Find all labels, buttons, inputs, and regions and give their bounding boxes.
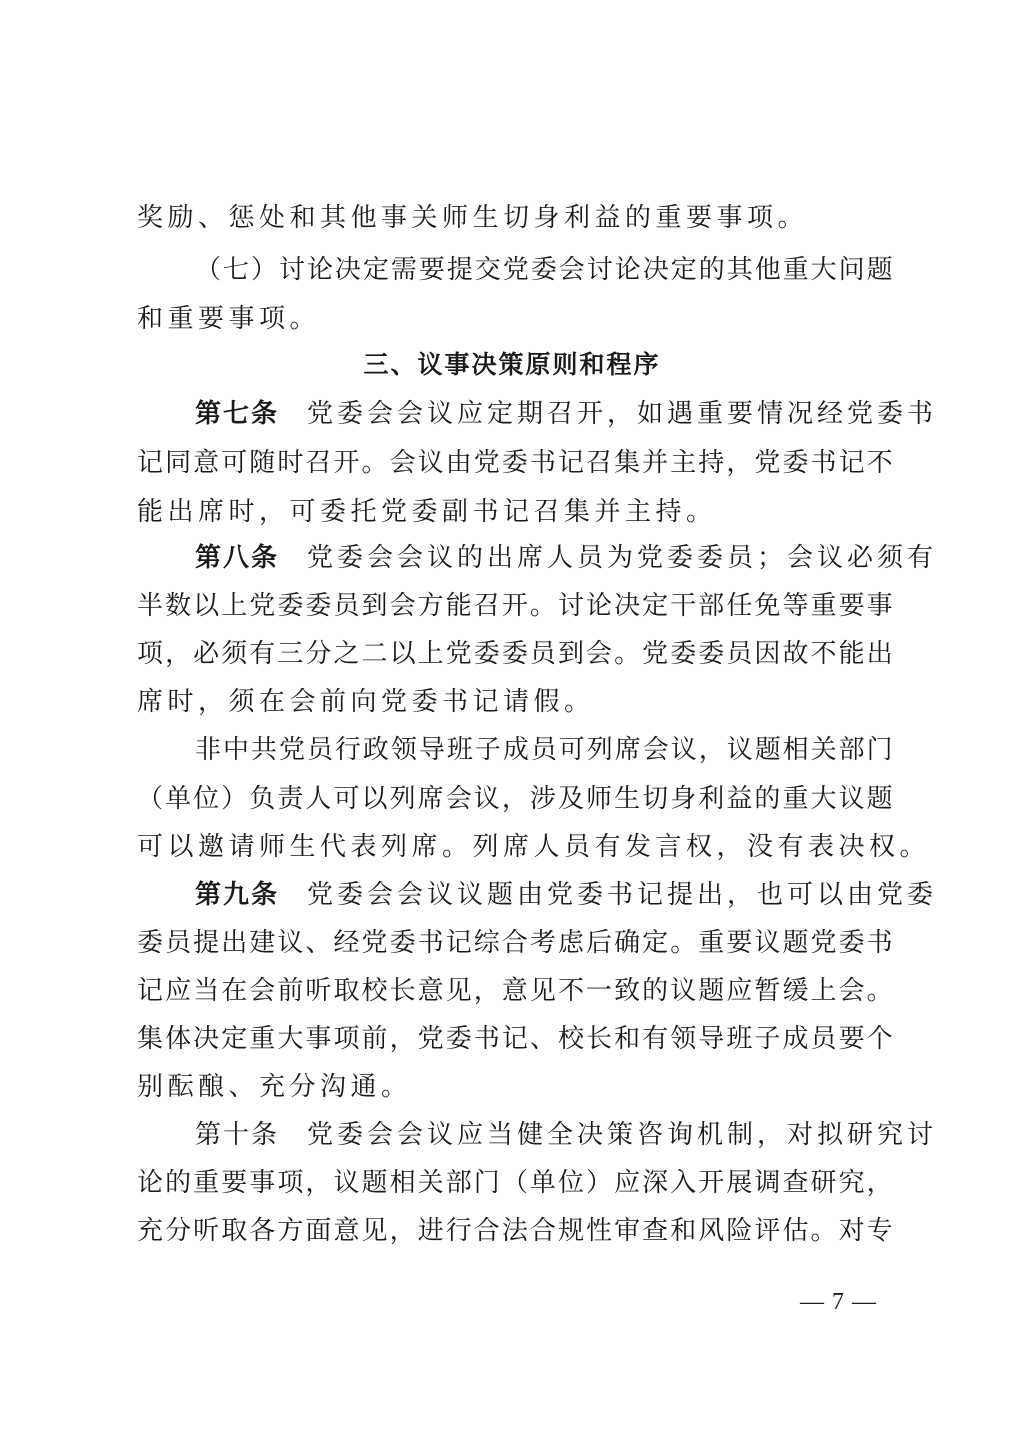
article-9-text: 党委会会议议题由党委书记提出，也可以由党委 [307, 875, 937, 915]
article-8-text: 党委会会议的出席人员为党委委员；会议必须有 [307, 538, 937, 578]
article-8-line-3: 项，必须有三分之二以上党委委员到会。党委委员因故不能出 [137, 634, 893, 674]
article-8-line-4: 席时，须在会前向党委书记请假。 [137, 682, 893, 722]
article-10-line-3: 充分听取各方面意见，进行合法合规性审查和风险评估。对专 [137, 1211, 893, 1251]
article-9-line-1: 第九条 党委会会议议题由党委书记提出，也可以由党委 [195, 875, 893, 915]
article-9-label: 第九条 [195, 875, 279, 915]
article-10-line-2: 论的重要事项，议题相关部门（单位）应深入开展调查研究， [137, 1163, 893, 1203]
article-8-line-1: 第八条 党委会会议的出席人员为党委委员；会议必须有 [195, 538, 893, 578]
article-7-text: 党委会会议应定期召开，如遇重要情况经党委书 [307, 394, 937, 434]
page-number: — 7 — [800, 1286, 877, 1318]
article-7-label: 第七条 [195, 394, 279, 434]
article-10-label: 第十条 [195, 1115, 279, 1155]
attendance-line-2: （单位）负责人可以列席会议，涉及师生切身利益的重大议题 [137, 779, 893, 819]
article-8-line-2: 半数以上党委委员到会方能召开。讨论决定干部任免等重要事 [137, 586, 893, 626]
section-heading: 三、议事决策原则和程序 [0, 345, 1024, 385]
item-7-line-2: 和重要事项。 [137, 299, 893, 339]
text-line: 奖励、惩处和其他事关师生切身利益的重要事项。 [137, 198, 893, 238]
article-7-line-2: 记同意可随时召开。会议由党委书记召集并主持，党委书记不 [137, 443, 893, 483]
article-10-text: 党委会会议应当健全决策咨询机制，对拟研究讨 [307, 1115, 937, 1155]
document-page: 奖励、惩处和其他事关师生切身利益的重要事项。 （七）讨论决定需要提交党委会讨论决… [0, 0, 1024, 1448]
article-9-line-4: 集体决定重大事项前，党委书记、校长和有领导班子成员要个 [137, 1019, 893, 1059]
item-7-line-1: （七）讨论决定需要提交党委会讨论决定的其他重大问题 [195, 250, 893, 290]
article-9-line-3: 记应当在会前听取校长意见，意见不一致的议题应暂缓上会。 [137, 971, 893, 1011]
article-7-line-1: 第七条 党委会会议应定期召开，如遇重要情况经党委书 [195, 394, 893, 434]
article-9-line-5: 别酝酿、充分沟通。 [137, 1067, 893, 1107]
article-10-line-1: 第十条 党委会会议应当健全决策咨询机制，对拟研究讨 [195, 1115, 893, 1155]
attendance-line-3: 可以邀请师生代表列席。列席人员有发言权，没有表决权。 [137, 827, 893, 867]
article-7-line-3: 能出席时，可委托党委副书记召集并主持。 [137, 492, 893, 532]
article-8-label: 第八条 [195, 538, 279, 578]
attendance-line-1: 非中共党员行政领导班子成员可列席会议，议题相关部门 [195, 730, 893, 770]
article-9-line-2: 委员提出建议、经党委书记综合考虑后确定。重要议题党委书 [137, 923, 893, 963]
